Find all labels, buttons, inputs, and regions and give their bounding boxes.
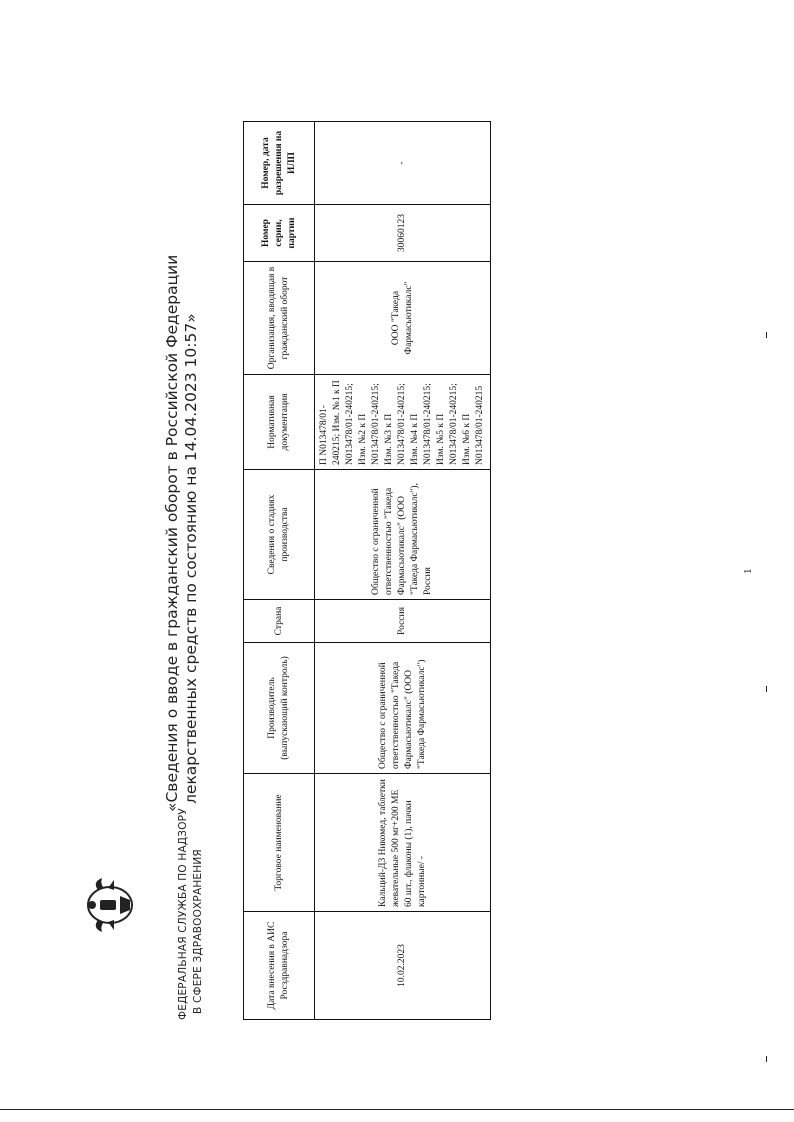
cell-country: Россия <box>315 600 491 643</box>
cell-manufacturer: Общество с ограниченной ответственностью… <box>315 643 491 774</box>
col-header-organization: Организация, вводящая в гражданский обор… <box>244 262 315 375</box>
cell-date: 10.02.2023 <box>315 912 491 1020</box>
table-header-row: Дата внесения в АИС Росздравнадзора Торг… <box>244 122 315 1020</box>
col-header-batch: Номер серии, партии <box>244 205 315 262</box>
cell-permit: - <box>315 122 491 205</box>
col-header-country: Страна <box>244 600 315 643</box>
emblem-icon <box>80 870 140 940</box>
cell-stages: Общество с ограниченной ответственностью… <box>315 470 491 600</box>
scan-mark <box>766 1056 767 1062</box>
registry-table: Дата внесения в АИС Росздравнадзора Торг… <box>243 121 491 1020</box>
col-header-manufacturer: Производитель (выпускающий контроль) <box>244 643 315 774</box>
cell-organization: ООО "Такеда Фармасьютикалс" <box>315 262 491 375</box>
cell-batch: 30060123 <box>315 205 491 262</box>
col-header-date: Дата внесения в АИС Росздравнадзора <box>244 912 315 1020</box>
col-header-trade-name: Торговое наименование <box>244 774 315 912</box>
cell-trade-name: Кальций-Д3 Никомед, таблетки жевательные… <box>315 774 491 912</box>
scan-mark <box>766 332 767 338</box>
scan-mark <box>766 686 767 692</box>
col-header-stages: Сведения о стадиях производства <box>244 470 315 600</box>
title-line-1: «Сведения о вводе в гражданский оборот в… <box>163 92 182 812</box>
document-title: «Сведения о вводе в гражданский оборот в… <box>163 92 201 812</box>
col-header-normative-docs: Нормативная документация <box>244 375 315 470</box>
table-row: 10.02.2023 Кальций-Д3 Никомед, таблетки … <box>315 122 491 1020</box>
col-header-permit: Номер, дата разрешения на ИЛП <box>244 122 315 205</box>
scan-edge-line <box>0 1109 794 1110</box>
page-number: 1 <box>742 569 754 575</box>
title-line-2: лекарственных средств по состоянию на 14… <box>182 92 201 812</box>
rotated-document-page: Федеральная служба по надзору в сфере зд… <box>0 0 794 1122</box>
cell-normative-docs: П N013478/01-240215; Изм. №1 к П N013478… <box>315 375 491 470</box>
